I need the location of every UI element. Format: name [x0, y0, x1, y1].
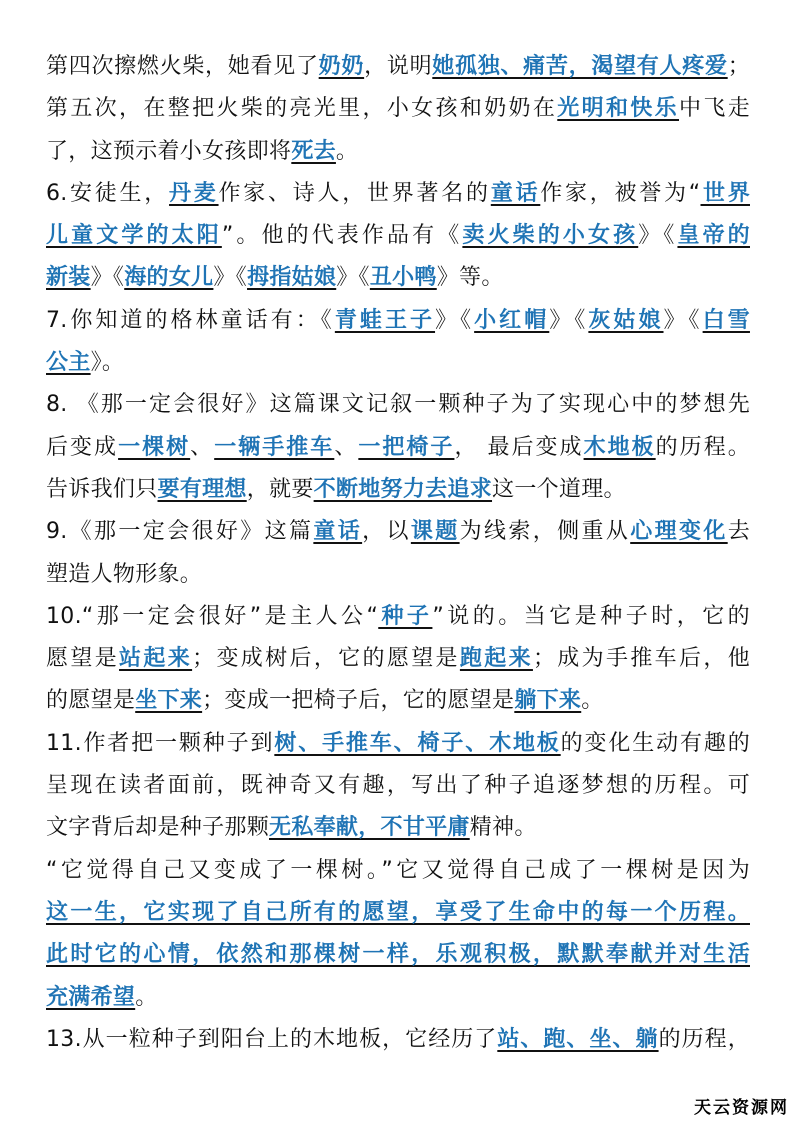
- text-segment: 告诉我们只: [46, 477, 158, 502]
- answer-highlight: 一辆手推车: [214, 435, 334, 460]
- answer-highlight: 丑小鸭: [370, 265, 437, 290]
- text-segment: 。: [135, 985, 157, 1010]
- answer-highlight: 新装: [46, 265, 91, 290]
- text-segment: ”说的。当它是种子时，它的: [432, 604, 750, 629]
- text-segment: ；成为手推车后，他: [533, 646, 750, 671]
- text-segment: 的历程，: [659, 1027, 750, 1052]
- answer-highlight: 儿童文学的太阳: [46, 223, 222, 248]
- answer-highlight: 不断地努力去追求: [314, 477, 492, 502]
- text-line: 的愿望是坐下来；变成一把椅子后，它的愿望是躺下来。: [46, 680, 750, 722]
- text-line: 告诉我们只要有理想，就要不断地努力去追求这一个道理。: [46, 469, 750, 511]
- text-segment: 》等。: [437, 265, 504, 290]
- text-segment: ， 最后变成: [454, 435, 583, 460]
- answer-highlight: 心理变化: [630, 519, 727, 544]
- text-segment: 愿望是: [46, 646, 119, 671]
- text-line: 8. 《那一定会很好》这篇课文记叙一颗种子为了实现心中的梦想先: [46, 384, 750, 426]
- text-segment: ；变成树后，它的愿望是: [192, 646, 460, 671]
- text-segment: 9.《那一定会很好》这篇: [46, 519, 313, 544]
- text-segment: 这一个道理。: [492, 477, 626, 502]
- answer-highlight: 无私奉献，不甘平庸: [269, 815, 470, 840]
- text-segment: ，就要: [247, 477, 314, 502]
- answer-highlight: 一把椅子: [358, 435, 454, 460]
- text-segment: 精神。: [470, 815, 537, 840]
- answer-highlight: 躺下来: [514, 688, 581, 713]
- text-line: “它觉得自己又变成了一棵树。”它又觉得自己成了一棵树是因为: [46, 850, 750, 892]
- text-line: 第四次擦燃火柴，她看见了奶奶，说明她孤独、痛苦，渴望有人疼爱；: [46, 46, 750, 88]
- answer-highlight: 树、手推车、椅子、木地板: [274, 731, 560, 756]
- answer-highlight: 灰姑娘: [588, 308, 663, 333]
- text-segment: 11.作者把一颗种子到: [46, 731, 274, 756]
- text-line: 11.作者把一颗种子到树、手推车、椅子、木地板的变化生动有趣的: [46, 723, 750, 765]
- text-segment: 去: [728, 519, 750, 544]
- text-segment: 中飞走: [679, 96, 750, 121]
- answer-highlight: 站起来: [119, 646, 192, 671]
- text-line: 6.安徒生，丹麦作家、诗人，世界著名的童话作家，被誉为“世界: [46, 173, 750, 215]
- answer-highlight: 此时它的心情，依然和那棵树一样，乐观积极，默默奉献并对生活: [46, 942, 750, 967]
- text-segment: 第五次，在整把火柴的亮光里，小女孩和奶奶在: [46, 96, 557, 121]
- answer-highlight: 坐下来: [135, 688, 202, 713]
- text-segment: 文字背后却是种子那颗: [46, 815, 269, 840]
- text-segment: 》《: [638, 223, 677, 248]
- text-line: 13.从一粒种子到阳台上的木地板，它经历了站、跑、坐、躺的历程，: [46, 1019, 750, 1061]
- answer-highlight: 白雪: [703, 308, 750, 333]
- text-segment: 6.安徒生，: [46, 181, 169, 206]
- answer-highlight: 奶奶: [319, 54, 364, 79]
- text-segment: 》《: [664, 308, 703, 333]
- text-segment: 》《: [549, 308, 588, 333]
- text-segment: ，说明: [364, 54, 432, 79]
- answer-highlight: 拇指姑娘: [247, 265, 336, 290]
- text-segment: 10.“那一定会很好”是主人公“: [46, 604, 378, 629]
- text-segment: “它觉得自己又变成了一棵树。”它又觉得自己成了一棵树是因为: [46, 858, 750, 883]
- text-line: 儿童文学的太阳”。他的代表作品有《卖火柴的小女孩》《皇帝的: [46, 215, 750, 257]
- text-line: 了，这预示着小女孩即将死去。: [46, 131, 750, 173]
- watermark: 天云资源网: [694, 1093, 789, 1118]
- text-line: 愿望是站起来；变成树后，它的愿望是跑起来；成为手推车后，他: [46, 638, 750, 680]
- text-segment: ；: [728, 54, 750, 79]
- text-segment: 作家、诗人，世界著名的: [219, 181, 491, 206]
- text-segment: 、: [334, 435, 358, 460]
- answer-highlight: 要有理想: [158, 477, 247, 502]
- answer-highlight: 木地板: [584, 435, 656, 460]
- document-page: 第四次擦燃火柴，她看见了奶奶，说明她孤独、痛苦，渴望有人疼爱；第五次，在整把火柴…: [46, 46, 750, 1061]
- text-segment: 7.你知道的格林童话有：《: [46, 308, 335, 333]
- answer-highlight: 卖火柴的小女孩: [462, 223, 638, 248]
- text-line: 充满希望。: [46, 977, 750, 1019]
- text-segment: 作家，被誉为“: [540, 181, 700, 206]
- text-line: 后变成一棵树、一辆手推车、一把椅子， 最后变成木地板的历程。: [46, 427, 750, 469]
- text-segment: 的历程。: [656, 435, 750, 460]
- answer-highlight: 公主: [46, 350, 91, 375]
- text-segment: 后变成: [46, 435, 118, 460]
- answer-highlight: 跑起来: [460, 646, 533, 671]
- text-segment: 为线索，侧重从: [460, 519, 631, 544]
- text-line: 此时它的心情，依然和那棵树一样，乐观积极，默默奉献并对生活: [46, 934, 750, 976]
- answer-highlight: 海的女儿: [124, 265, 213, 290]
- answer-highlight: 她孤独、痛苦，渴望有人疼爱: [432, 54, 727, 79]
- text-segment: ，以: [362, 519, 411, 544]
- answer-highlight: 皇帝的: [677, 223, 750, 248]
- text-segment: 了，这预示着小女孩即将: [46, 139, 291, 164]
- answer-highlight: 童话: [491, 181, 541, 206]
- text-segment: 。: [581, 688, 603, 713]
- text-line: 新装》《海的女儿》《拇指姑娘》《丑小鸭》等。: [46, 257, 750, 299]
- answer-highlight: 死去: [291, 139, 336, 164]
- text-segment: 》《: [91, 265, 125, 290]
- text-line: 9.《那一定会很好》这篇童话，以课题为线索，侧重从心理变化去: [46, 511, 750, 553]
- text-line: 这一生，它实现了自己所有的愿望，享受了生命中的每一个历程。: [46, 892, 750, 934]
- answer-highlight: 种子: [378, 604, 432, 629]
- answer-highlight: 课题: [411, 519, 460, 544]
- text-line: 文字背后却是种子那颗无私奉献，不甘平庸精神。: [46, 807, 750, 849]
- answer-highlight: 世界: [701, 181, 751, 206]
- answer-highlight: 童话: [313, 519, 362, 544]
- text-segment: ；变成一把椅子后，它的愿望是: [202, 688, 514, 713]
- text-segment: 第四次擦燃火柴，她看见了: [46, 54, 319, 79]
- answer-highlight: 青蛙王子: [335, 308, 435, 333]
- text-line: 公主》。: [46, 342, 750, 384]
- text-segment: 的愿望是: [46, 688, 135, 713]
- answer-highlight: 小红帽: [474, 308, 549, 333]
- text-line: 塑造人物形象。: [46, 554, 750, 596]
- text-segment: ”。他的代表作品有《: [222, 223, 463, 248]
- text-segment: 》《: [336, 265, 370, 290]
- text-segment: 。: [336, 139, 358, 164]
- text-line: 第五次，在整把火柴的亮光里，小女孩和奶奶在光明和快乐中飞走: [46, 88, 750, 130]
- text-segment: 》。: [91, 350, 125, 375]
- text-segment: 呈现在读者面前，既神奇又有趣，写出了种子追逐梦想的历程。可: [46, 773, 750, 798]
- text-segment: 8. 《那一定会很好》这篇课文记叙一颗种子为了实现心中的梦想先: [46, 392, 750, 417]
- answer-highlight: 充满希望: [46, 985, 135, 1010]
- text-line: 呈现在读者面前，既神奇又有趣，写出了种子追逐梦想的历程。可: [46, 765, 750, 807]
- answer-highlight: 一棵树: [118, 435, 190, 460]
- text-line: 10.“那一定会很好”是主人公“种子”说的。当它是种子时，它的: [46, 596, 750, 638]
- answer-highlight: 丹麦: [169, 181, 219, 206]
- answer-highlight: 这一生，它实现了自己所有的愿望，享受了生命中的每一个历程。: [46, 900, 750, 925]
- text-segment: 13.从一粒种子到阳台上的木地板，它经历了: [46, 1027, 497, 1052]
- answer-highlight: 站、跑、坐、躺: [497, 1027, 658, 1052]
- answer-highlight: 光明和快乐: [557, 96, 679, 121]
- text-segment: 》《: [213, 265, 247, 290]
- text-segment: 》《: [435, 308, 474, 333]
- text-line: 7.你知道的格林童话有：《青蛙王子》《小红帽》《灰姑娘》《白雪: [46, 300, 750, 342]
- text-segment: 、: [190, 435, 214, 460]
- text-segment: 的变化生动有趣的: [561, 731, 750, 756]
- text-segment: 塑造人物形象。: [46, 562, 202, 587]
